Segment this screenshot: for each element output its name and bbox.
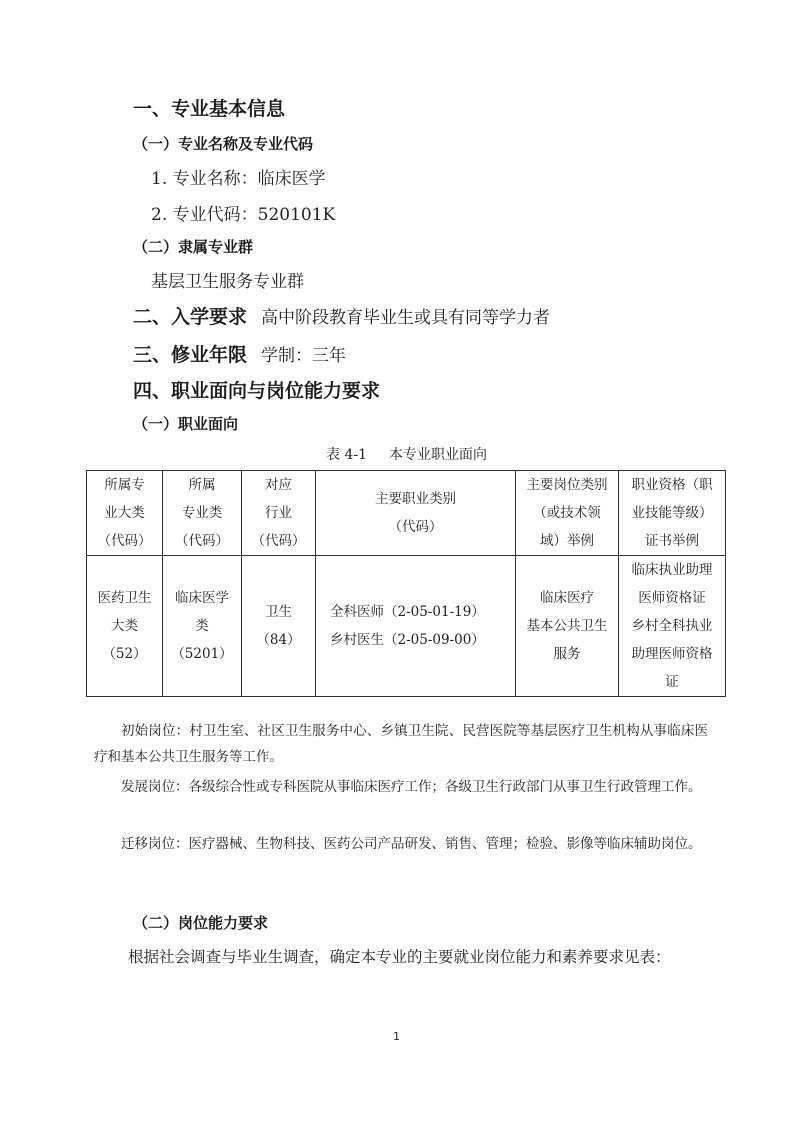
header-cell-major-class: 所属 专业类 （代码） (163, 471, 242, 556)
subsection-1-1-heading: （一）专业名称及专业代码 (133, 133, 313, 154)
admission-requirement: 高中阶段教育毕业生或具有同等学力者 (261, 308, 550, 328)
table-caption: 表 4-1本专业职业面向 (326, 444, 487, 464)
header-cell-certificate: 职业资格（职 业技能等级） 证书举例 (619, 471, 726, 556)
cell-position: 临床医疗 基本公共卫生 服务 (516, 556, 619, 697)
cell-occupation: 全科医师（2-05-01-19） 乡村医生（2-05-09-00） (316, 556, 516, 697)
table-caption-label: 表 4-1 (326, 447, 367, 463)
table-row: 医药卫生 大类 （52） 临床医学 类 （5201） 卫生 （84） 全科医师（… (87, 556, 726, 697)
occupation-table: 所属专 业大类 （代码） 所属 专业类 （代码） 对应 行业 （代码） 主要职业… (86, 470, 726, 697)
header-cell-occupation: 主要职业类别 （代码） (316, 471, 516, 556)
cell-major-category: 医药卫生 大类 （52） (87, 556, 163, 697)
subsection-1-2-heading: （二）隶属专业群 (133, 236, 253, 257)
cell-major-class: 临床医学 类 （5201） (163, 556, 242, 697)
table-header-row: 所属专 业大类 （代码） 所属 专业类 （代码） 对应 行业 （代码） 主要职业… (87, 471, 726, 556)
major-group-text: 基层卫生服务专业群 (151, 267, 304, 292)
section-3-line: 三、修业年限学制：三年 (133, 340, 346, 367)
paragraph-initial-position: 初始岗位：村卫生室、社区卫生服务中心、乡镇卫生院、民营医院等基层医疗卫生机构从事… (94, 718, 708, 770)
study-duration: 学制：三年 (261, 346, 346, 366)
header-cell-position: 主要岗位类别 （或技术领 域）举例 (516, 471, 619, 556)
section-4-heading: 四、职业面向与岗位能力要求 (133, 376, 380, 403)
cell-industry: 卫生 （84） (242, 556, 316, 697)
section-3-heading: 三、修业年限 (133, 344, 247, 366)
paragraph-transfer-position: 迁移岗位：医疗器械、生物科技、医药公司产品研发、销售、管理；检验、影像等临床辅助… (94, 831, 708, 857)
cell-certificate: 临床执业助理 医师资格证 乡村全科执业 助理医师资格 证 (619, 556, 726, 697)
ability-intro-text: 根据社会调查与毕业生调查，确定本专业的主要就业岗位能力和素养要求见表： (128, 945, 671, 967)
header-cell-industry: 对应 行业 （代码） (242, 471, 316, 556)
section-2-heading: 二、入学要求 (133, 306, 247, 328)
major-name-item: 1. 专业名称：临床医学 (151, 164, 326, 189)
table-caption-title: 本专业职业面向 (389, 447, 487, 463)
major-code-item: 2. 专业代码：520101K (151, 200, 335, 225)
section-1-heading: 一、专业基本信息 (133, 94, 285, 121)
subsection-4-2-heading: （二）岗位能力要求 (133, 912, 268, 933)
paragraph-development-position: 发展岗位：各级综合性或专科医院从事临床医疗工作；各级卫生行政部门从事卫生行政管理… (94, 774, 708, 800)
header-cell-major-category: 所属专 业大类 （代码） (87, 471, 163, 556)
page-number: 1 (393, 1030, 400, 1043)
section-2-line: 二、入学要求高中阶段教育毕业生或具有同等学力者 (133, 302, 550, 329)
subsection-4-1-heading: （一）职业面向 (133, 413, 238, 434)
